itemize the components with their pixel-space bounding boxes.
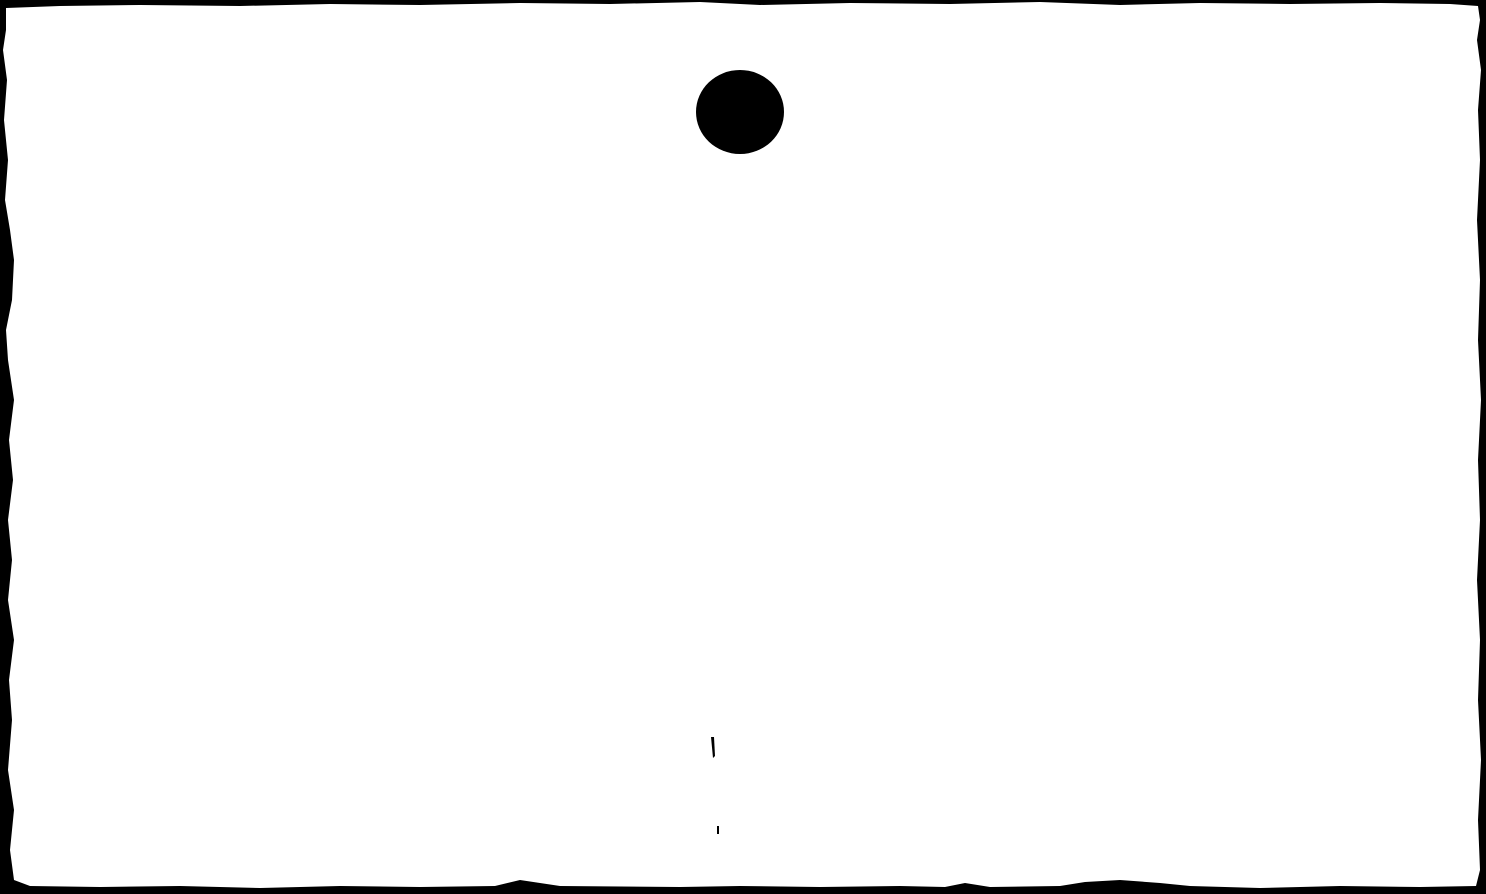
mask-svg: [0, 0, 1486, 894]
punch-hole: [696, 70, 784, 154]
mask-canvas: [0, 0, 1486, 894]
speck: [717, 826, 719, 834]
